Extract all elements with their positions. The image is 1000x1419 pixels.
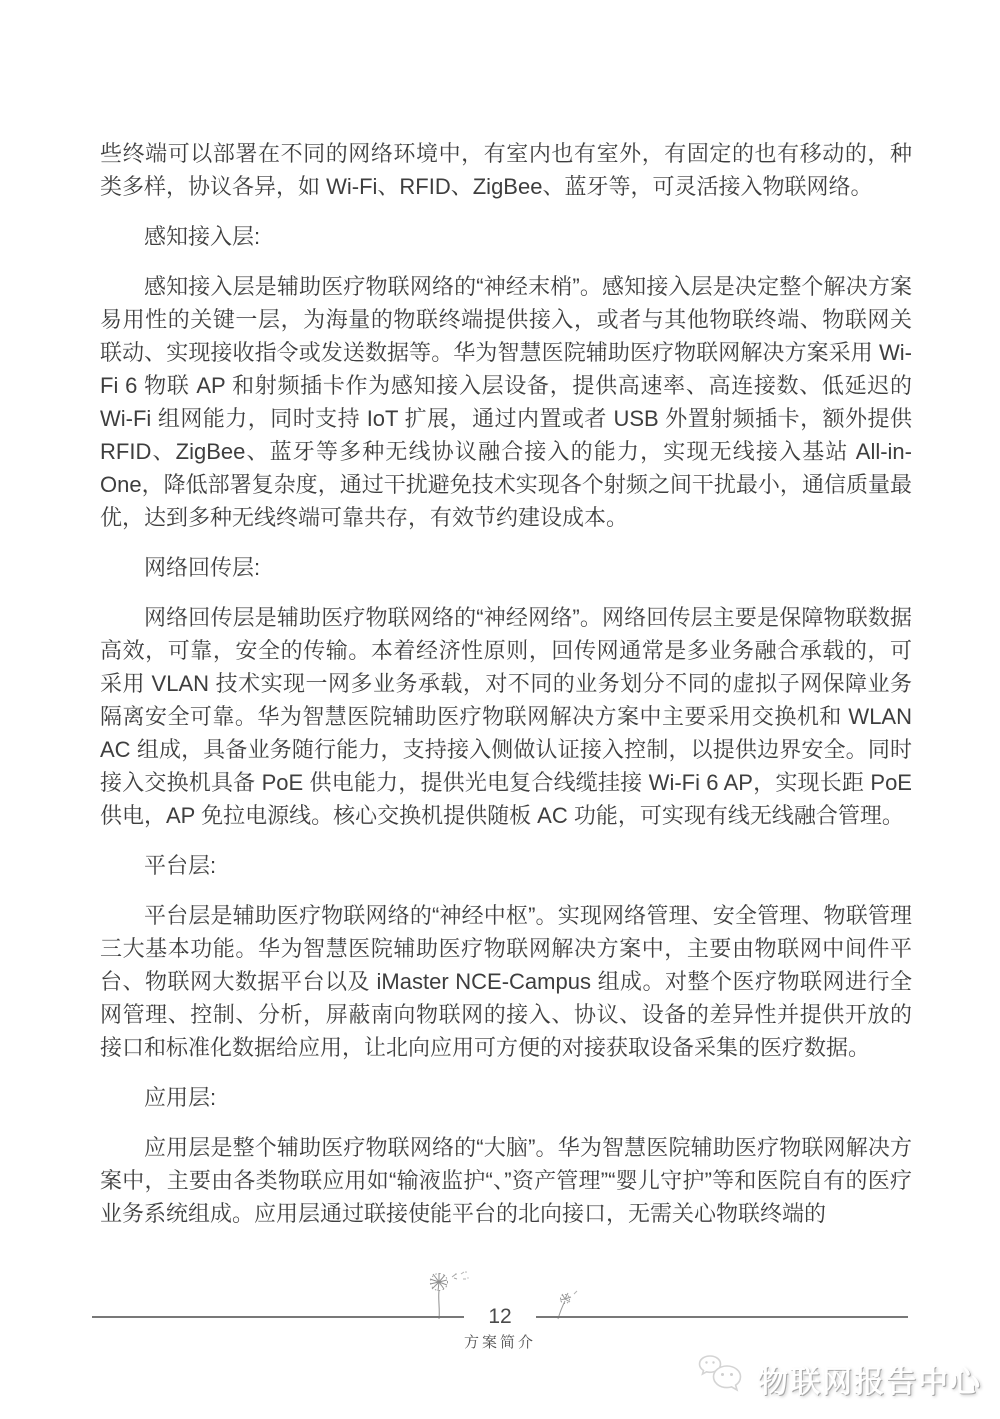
section-heading-platform-layer: 平台层: bbox=[100, 849, 912, 882]
section-heading-perception-access-layer: 感知接入层: bbox=[100, 220, 912, 253]
footer-rule-left bbox=[92, 1316, 464, 1318]
watermark-text: 物联网报告中心 bbox=[758, 1357, 982, 1401]
wechat-icon bbox=[696, 1354, 748, 1403]
paragraph-network-backhaul-layer: 网络回传层是辅助医疗物联网络的“神经网络”。网络回传层主要是保障物联数据高效，可… bbox=[100, 601, 912, 832]
watermark: 物联网报告中心 bbox=[696, 1354, 982, 1403]
paragraph-platform-layer: 平台层是辅助医疗物联网络的“神经中枢”。实现网络管理、安全管理、物联管理三大基本… bbox=[100, 899, 912, 1064]
paragraph-continuation: 些终端可以部署在不同的网络环境中，有室内也有室外，有固定的也有移动的，种类多样，… bbox=[100, 137, 912, 203]
footer-rule: 12 bbox=[92, 1303, 908, 1331]
document-body: 些终端可以部署在不同的网络环境中，有室内也有室外，有固定的也有移动的，种类多样，… bbox=[100, 137, 912, 1247]
footer-section-label: 方案简介 bbox=[0, 1331, 1000, 1352]
document-page: 些终端可以部署在不同的网络环境中，有室内也有室外，有固定的也有移动的，种类多样，… bbox=[0, 0, 1000, 1419]
footer-rule-right bbox=[536, 1316, 908, 1318]
section-heading-network-backhaul-layer: 网络回传层: bbox=[100, 551, 912, 584]
paragraph-perception-access-layer: 感知接入层是辅助医疗物联网络的“神经末梢”。感知接入层是决定整个解决方案易用性的… bbox=[100, 270, 912, 534]
section-heading-application-layer: 应用层: bbox=[100, 1081, 912, 1114]
page-number: 12 bbox=[464, 1303, 535, 1331]
paragraph-application-layer: 应用层是整个辅助医疗物联网络的“大脑”。华为智慧医院辅助医疗物联网解决方案中，主… bbox=[100, 1131, 912, 1230]
